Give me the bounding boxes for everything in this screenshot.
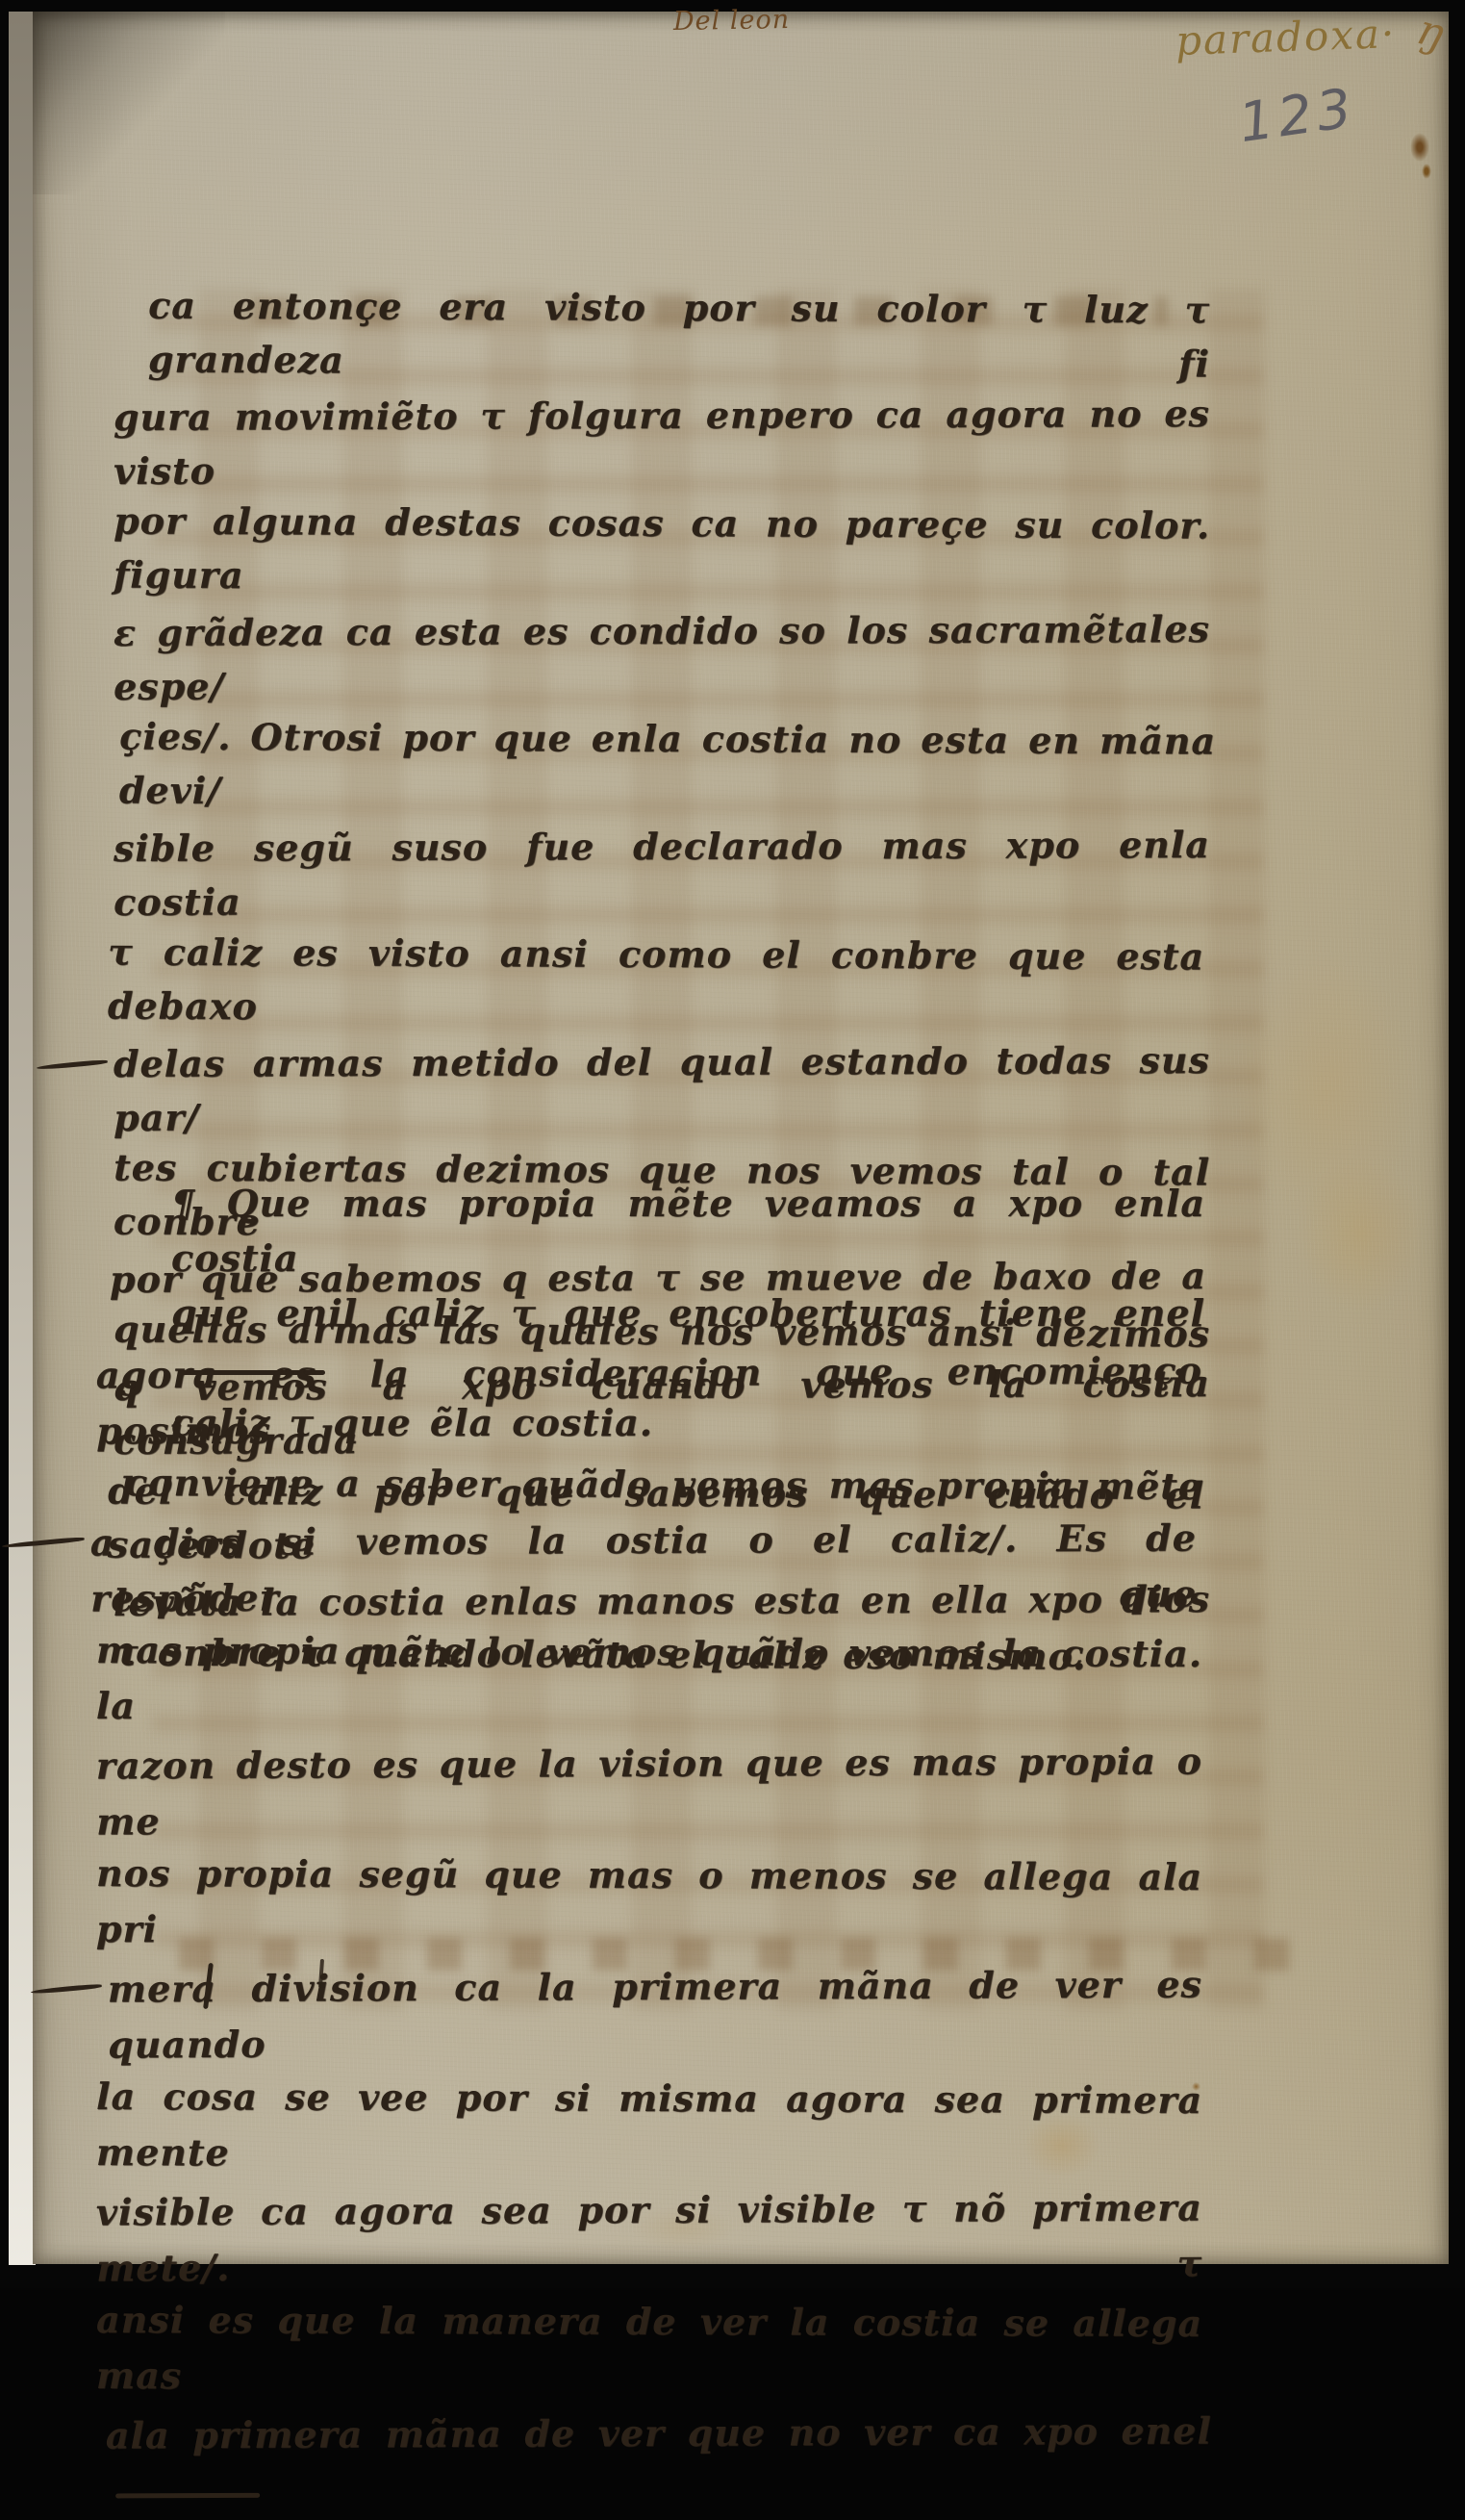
header-subject-annotation: paradoxa·	[1175, 10, 1397, 64]
text-block-paragraph-3: agora es la consideraçion que encomienço…	[96, 1345, 1202, 2288]
manuscript-line: visible ca agora sea por si visible τ nõ…	[96, 2179, 1202, 2288]
manuscript-line: por alguna destas cosas ca no pareçe su …	[114, 495, 1210, 607]
ink-blot	[1410, 133, 1429, 162]
ink-blot	[1422, 164, 1431, 179]
manuscript-line: la cosa se vee por si misma agora sea pr…	[96, 2069, 1202, 2184]
stain	[1298, 1157, 1423, 1311]
manuscript-line: agora es la consideraçion que encomienço…	[96, 1342, 1202, 1459]
manuscript-line: ¶ Que mas propia mẽte veamos a xpo enla …	[171, 1176, 1205, 1285]
manuscript-line: conviene a saber quãdo vemos mas propia …	[125, 1455, 1202, 1515]
manuscript-line: nos propia segũ que mas o menos se alleg…	[96, 1845, 1202, 1961]
manuscript-line: ε grãdeza ca esta es condido so los sacr…	[114, 602, 1210, 714]
manuscript-line: çies/. Otrosi por que enla costia no est…	[119, 710, 1216, 823]
manuscript-scan: Del leon paradoxa· ŋ 123 ca entonçe era …	[0, 0, 1465, 2288]
manuscript-line: mera division ca la primera mãna de ver …	[108, 1957, 1202, 2074]
manuscript-line: mas propia mẽte lo vemos quãdo vemos la …	[96, 1622, 1202, 1738]
manuscript-line: sible segũ suso fue declarado mas xpo en…	[114, 818, 1210, 929]
manuscript-line: razon desto es que la vision que es mas …	[96, 1733, 1202, 1849]
page-under-edge	[9, 12, 36, 2265]
header-section-annotation: Del leon	[673, 5, 791, 37]
manuscript-line: a dios si vemos la ostia o el caliz/. Es…	[90, 1510, 1197, 1626]
manuscript-line: τ caliz es visto ansi como el conbre que…	[108, 926, 1204, 1038]
manuscript-line: delas armas metido del qual estando toda…	[114, 1033, 1210, 1145]
manuscript-line: gura movimiẽto τ folgura enpero ca agora…	[114, 387, 1210, 498]
manuscript-line: ca entonçe era visto por su color τ luz …	[148, 279, 1210, 392]
corner-shadow	[33, 12, 225, 194]
